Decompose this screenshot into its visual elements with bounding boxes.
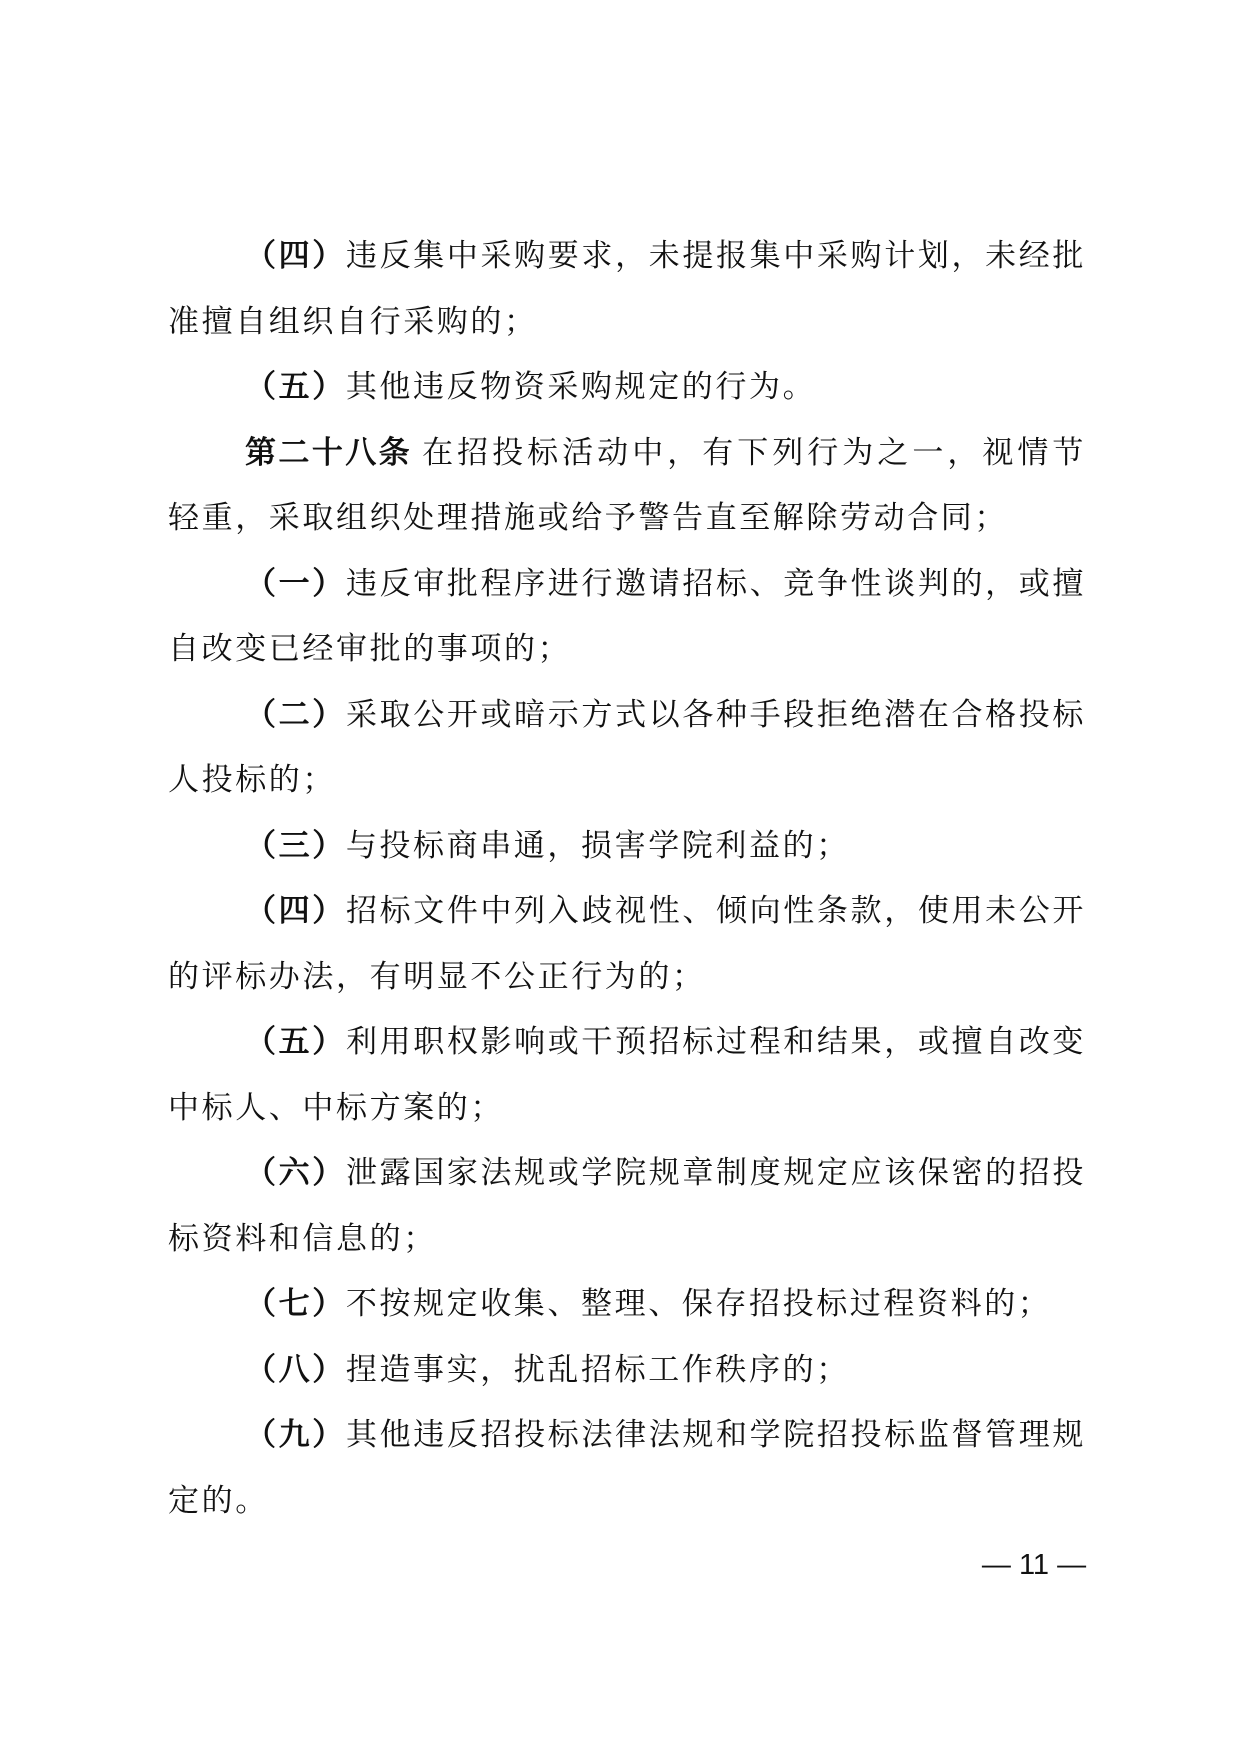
item-paragraph: （九）其他违反招投标法律法规和学院招投标监督管理规定的。 [168, 1403, 1086, 1534]
item-number: （九） [245, 1417, 346, 1453]
item-paragraph: （五）利用职权影响或干预招标过程和结果，或擅自改变中标人、中标方案的； [168, 1010, 1086, 1141]
item-paragraph: （五）其他违反物资采购规定的行为。 [168, 355, 1086, 421]
item-text: 与投标商串通，损害学院利益的； [346, 828, 850, 864]
item-text: 捏造事实，扰乱招标工作秩序的； [346, 1352, 850, 1388]
item-number: （八） [245, 1352, 346, 1388]
item-text: 其他违反物资采购规定的行为。 [346, 369, 816, 405]
article-number: 第二十八条 [245, 435, 412, 471]
item-paragraph: （八）捏造事实，扰乱招标工作秩序的； [168, 1338, 1086, 1404]
item-number: （五） [245, 1024, 346, 1060]
item-paragraph: （六）泄露国家法规或学院规章制度规定应该保密的招投标资料和信息的； [168, 1141, 1086, 1272]
item-paragraph: （四）违反集中采购要求，未提报集中采购计划，未经批准擅自组织自行采购的； [168, 224, 1086, 355]
page-number: — 11 — [980, 1546, 1088, 1584]
item-number: （五） [245, 369, 346, 405]
article-paragraph: 第二十八条在招投标活动中，有下列行为之一，视情节轻重，采取组织处理措施或给予警告… [168, 421, 1086, 552]
item-number: （二） [245, 697, 346, 733]
item-number: （三） [245, 828, 346, 864]
item-paragraph: （四）招标文件中列入歧视性、倾向性条款，使用未公开的评标办法，有明显不公正行为的… [168, 879, 1086, 1010]
item-paragraph: （三）与投标商串通，损害学院利益的； [168, 814, 1086, 880]
item-paragraph: （二）采取公开或暗示方式以各种手段拒绝潜在合格投标人投标的； [168, 683, 1086, 814]
item-number: （四） [245, 238, 346, 274]
item-number: （七） [245, 1286, 346, 1322]
item-number: （一） [245, 566, 346, 602]
item-paragraph: （一）违反审批程序进行邀请招标、竞争性谈判的，或擅自改变已经审批的事项的； [168, 552, 1086, 683]
item-text: 不按规定收集、整理、保存招投标过程资料的； [346, 1286, 1052, 1322]
item-paragraph: （七）不按规定收集、整理、保存招投标过程资料的； [168, 1272, 1086, 1338]
item-number: （四） [245, 893, 346, 929]
item-number: （六） [245, 1155, 346, 1191]
document-body: （四）违反集中采购要求，未提报集中采购计划，未经批准擅自组织自行采购的； （五）… [168, 224, 1086, 1534]
